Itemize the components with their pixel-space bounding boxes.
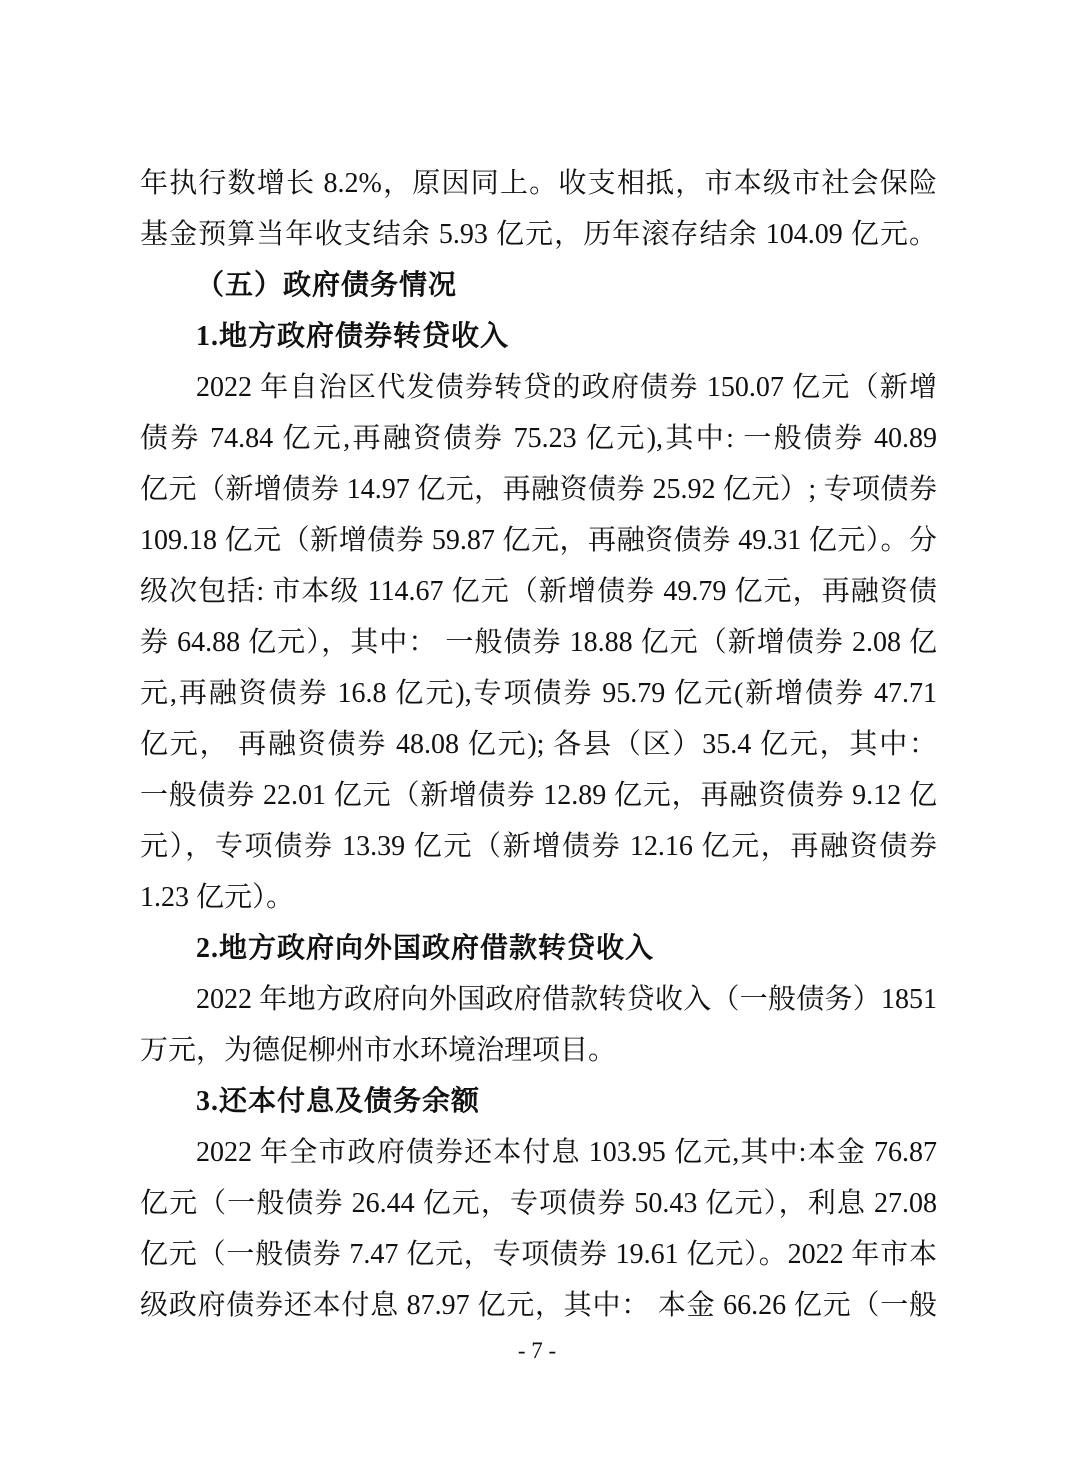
text-line: 级次包括: 市本级 114.67 亿元（新增债券 49.79 亿元，再融资债: [140, 566, 937, 617]
text-line: 元），专项债券 13.39 亿元（新增债券 12.16 亿元，再融资债券: [140, 821, 937, 872]
document-page: 年执行数增长 8.2%，原因同上。收支相抵，市本级市社会保险 基金预算当年收支结…: [0, 0, 1074, 1484]
text-line: 2022 年地方政府向外国政府借款转贷收入（一般债务）1851: [140, 974, 937, 1025]
text-line: 亿元（新增债券 14.97 亿元，再融资债券 25.92 亿元）; 专项债券: [140, 464, 937, 515]
text-line: 级政府债券还本付息 87.97 亿元，其中： 本金 66.26 亿元（一般: [140, 1280, 937, 1331]
subheading-debt-service-and-balance: 3.还本付息及债务余额: [140, 1076, 937, 1127]
document-text-block: 年执行数增长 8.2%，原因同上。收支相抵，市本级市社会保险 基金预算当年收支结…: [140, 158, 937, 1331]
subheading-bond-onlending-income: 1.地方政府债券转贷收入: [140, 311, 937, 362]
text-line: 万元，为德促柳州市水环境治理项目。: [140, 1025, 937, 1076]
text-line: 券 64.88 亿元），其中： 一般债券 18.88 亿元（新增债券 2.08 …: [140, 617, 937, 668]
text-line: 亿元， 再融资债券 48.08 亿元); 各县（区）35.4 亿元，其中：: [140, 719, 937, 770]
page-number: - 7 -: [0, 1337, 1074, 1365]
text-line: 元,再融资债券 16.8 亿元),专项债券 95.79 亿元(新增债券 47.7…: [140, 668, 937, 719]
subheading-foreign-loan-onlending-income: 2.地方政府向外国政府借款转贷收入: [140, 923, 937, 974]
text-line: 基金预算当年收支结余 5.93 亿元，历年滚存结余 104.09 亿元。: [140, 209, 937, 260]
text-line: 年执行数增长 8.2%，原因同上。收支相抵，市本级市社会保险: [140, 158, 937, 209]
text-line: 2022 年全市政府债券还本付息 103.95 亿元,其中:本金 76.87: [140, 1127, 937, 1178]
text-line: 亿元（一般债券 26.44 亿元，专项债券 50.43 亿元），利息 27.08: [140, 1178, 937, 1229]
heading-government-debt: （五）政府债务情况: [140, 260, 937, 311]
text-line: 亿元（一般债券 7.47 亿元，专项债券 19.61 亿元）。2022 年市本: [140, 1229, 937, 1280]
text-line: 一般债券 22.01 亿元（新增债券 12.89 亿元，再融资债券 9.12 亿: [140, 770, 937, 821]
text-line: 2022 年自治区代发债券转贷的政府债券 150.07 亿元（新增: [140, 362, 937, 413]
text-line: 1.23 亿元）。: [140, 872, 937, 923]
text-line: 109.18 亿元（新增债券 59.87 亿元，再融资债券 49.31 亿元）。…: [140, 515, 937, 566]
text-line: 债券 74.84 亿元,再融资债券 75.23 亿元),其中: 一般债券 40.…: [140, 413, 937, 464]
